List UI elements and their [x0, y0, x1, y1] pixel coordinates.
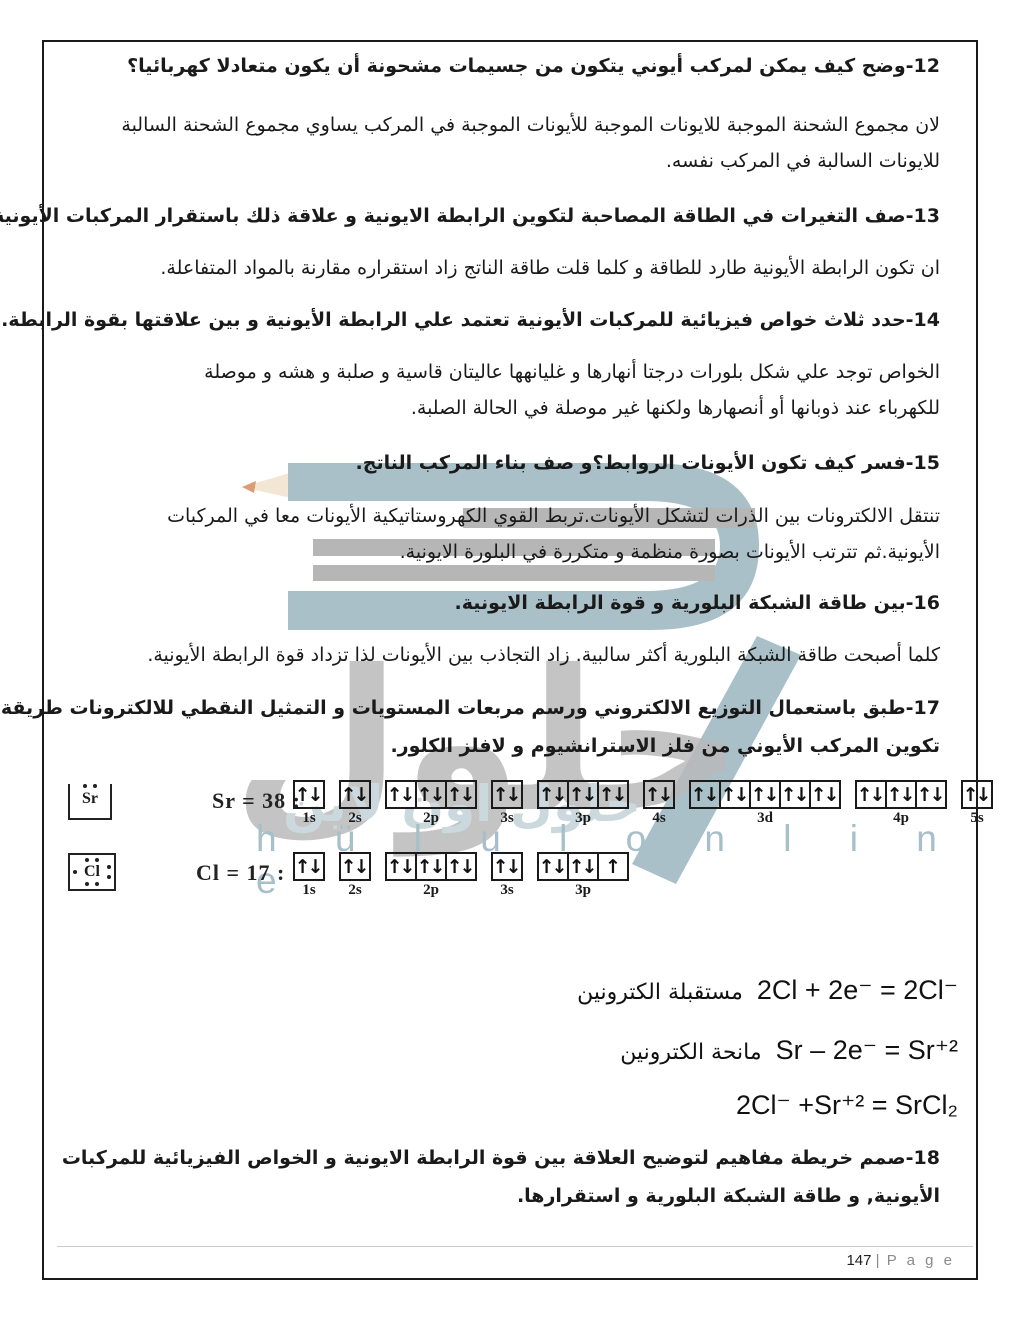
orbital-box: ↑↓: [293, 780, 325, 809]
orbital-group: ↑↓2s: [339, 780, 371, 827]
orbital-box: ↑↓: [567, 852, 599, 881]
orbital-group-label: 1s: [302, 882, 315, 899]
orbital-group-label: 4s: [652, 810, 665, 827]
cl-lewis-symbol: Cl: [84, 863, 100, 880]
orbital-group-label: 2p: [423, 882, 439, 899]
lewis-dot: [107, 875, 111, 879]
question-17-line2: تكوين المركب الأيوني من فلز الاسترانشيوم…: [390, 735, 940, 757]
orbital-box: ↑↓: [537, 852, 569, 881]
orbital-group: ↑↓1s: [293, 852, 325, 899]
orbital-group-label: 3d: [757, 810, 773, 827]
orbital-box: ↑↓: [749, 780, 781, 809]
orbital-group-label: 2s: [348, 882, 361, 899]
sr-orbital-diagram: ↑↓1s↑↓2s↑↓↑↓↑↓2p↑↓3s↑↓↑↓↑↓3p↑↓4s↑↓↑↓↑↓↑↓…: [293, 780, 993, 827]
question-18-line2: الأيونية, و طاقة الشبكة البلورية و استقر…: [517, 1185, 940, 1207]
orbital-box: ↑↓: [339, 852, 371, 881]
orbital-group-label: 2p: [423, 810, 439, 827]
question-18-line1: 18-صمم خريطة مفاهيم لتوضيح العلاقة بين ق…: [62, 1147, 940, 1169]
cl-orbital-diagram: ↑↓1s↑↓2s↑↓↑↓↑↓2p↑↓3s↑↓↑↓↑3p: [293, 852, 629, 899]
answer-15-line2: الأيونية.ثم تترتب الأيونات بصورة منظمة و…: [400, 541, 940, 563]
lewis-dot: [85, 858, 89, 862]
answer-12-line1: لان مجموع الشحنة الموجبة للايونات الموجب…: [121, 114, 940, 136]
lewis-dot: [95, 882, 99, 886]
orbital-box: ↑↓: [385, 780, 417, 809]
orbital-group: ↑↓1s: [293, 780, 325, 827]
orbital-group-label: 3p: [575, 882, 591, 899]
orbital-group-label: 3p: [575, 810, 591, 827]
lewis-dot: [95, 858, 99, 862]
sr-lewis-structure: Sr: [68, 784, 112, 820]
equation-compound: 2Cl⁻ +Sr⁺² = SrCl₂: [722, 1090, 958, 1121]
orbital-box: ↑↓: [885, 780, 917, 809]
answer-15-line1: تنتقل الالكترونات بين الذرات لتشكل الأيو…: [167, 505, 940, 527]
lewis-dot: [107, 865, 111, 869]
orbital-box: ↑↓: [415, 780, 447, 809]
equation-chlorine-label: مستقبلة الكترونين: [577, 980, 743, 1005]
footer-page-word: P a g e: [887, 1252, 955, 1269]
question-16: 16-بين طاقة الشبكة البلورية و قوة الرابط…: [455, 592, 940, 614]
orbital-box: ↑↓: [339, 780, 371, 809]
footer-separator: |: [876, 1252, 883, 1269]
orbital-group-label: 4p: [893, 810, 909, 827]
equation-chlorine-formula: 2Cl + 2e⁻ = 2Cl⁻: [757, 975, 958, 1006]
question-17-line1: 17-طبق باستعمال التوزيع الالكتروني ورسم …: [1, 697, 940, 719]
answer-13: ان تكون الرابطة الأيونية طارد للطاقة و ك…: [160, 257, 940, 279]
question-13: 13-صف التغيرات في الطاقة المصاحبة لتكوين…: [0, 205, 940, 227]
orbital-box: ↑↓: [445, 852, 477, 881]
footer-divider: [57, 1246, 973, 1247]
orbital-group: ↑↓↑↓↑↓↑↓↑↓3d: [689, 780, 841, 827]
lewis-dot: [73, 870, 77, 874]
orbital-group: ↑↓↑↓↑↓4p: [855, 780, 947, 827]
page-number: 147: [846, 1252, 871, 1269]
question-15: 15-فسر كيف تكون الأيونات الروابط؟و صف بن…: [356, 452, 940, 474]
sr-lewis-symbol: Sr: [82, 790, 98, 807]
lewis-dot: [83, 784, 87, 788]
orbital-box: ↑: [597, 852, 629, 881]
orbital-box: ↑↓: [385, 852, 417, 881]
sr-config-label: Sr = 38 :: [212, 788, 301, 814]
orbital-box: ↑↓: [491, 780, 523, 809]
orbital-group: ↑↓3s: [491, 780, 523, 827]
orbital-group: ↑↓2s: [339, 852, 371, 899]
orbital-group: ↑↓↑↓↑↓3p: [537, 780, 629, 827]
orbital-box: ↑↓: [491, 852, 523, 881]
orbital-box: ↑↓: [293, 852, 325, 881]
orbital-group-label: 2s: [348, 810, 361, 827]
question-14: 14-حدد ثلاث خواص فيزيائية للمركبات الأيو…: [1, 309, 940, 331]
orbital-group: ↑↓5s: [961, 780, 993, 827]
orbital-group-label: 5s: [970, 810, 983, 827]
cl-lewis-structure: Cl: [68, 853, 116, 891]
orbital-box: ↑↓: [719, 780, 751, 809]
orbital-box: ↑↓: [567, 780, 599, 809]
lewis-dot: [85, 882, 89, 886]
orbital-box: ↑↓: [689, 780, 721, 809]
orbital-box: ↑↓: [915, 780, 947, 809]
orbital-group: ↑↓4s: [643, 780, 675, 827]
question-12: 12-وضح كيف يمكن لمركب أيوني يتكون من جسي…: [127, 55, 940, 77]
orbital-group: ↑↓↑↓↑3p: [537, 852, 629, 899]
orbital-box: ↑↓: [961, 780, 993, 809]
equation-chlorine: مستقبلة الكترونين 2Cl + 2e⁻ = 2Cl⁻: [577, 975, 958, 1006]
orbital-box: ↑↓: [809, 780, 841, 809]
answer-12-line2: للايونات السالبة في المركب نفسه.: [666, 150, 940, 172]
orbital-box: ↑↓: [597, 780, 629, 809]
answer-16: كلما أصبحت طاقة الشبكة البلورية أكثر سال…: [147, 644, 940, 666]
answer-14-line2: للكهرباء عند ذوبانها أو أنصهارها ولكنها …: [411, 397, 940, 419]
equation-compound-formula: 2Cl⁻ +Sr⁺² = SrCl₂: [736, 1090, 958, 1121]
lewis-dot: [93, 784, 97, 788]
cl-config-label: Cl = 17 :: [196, 860, 285, 886]
orbital-box: ↑↓: [855, 780, 887, 809]
orbital-group-label: 3s: [500, 810, 513, 827]
orbital-group: ↑↓3s: [491, 852, 523, 899]
orbital-group: ↑↓↑↓↑↓2p: [385, 852, 477, 899]
orbital-box: ↑↓: [779, 780, 811, 809]
equation-strontium: مانحة الكترونين Sr – 2e⁻ = Sr⁺²: [620, 1035, 958, 1066]
orbital-group-label: 1s: [302, 810, 315, 827]
orbital-box: ↑↓: [537, 780, 569, 809]
orbital-box: ↑↓: [643, 780, 675, 809]
orbital-box: ↑↓: [415, 852, 447, 881]
page-footer: 147 | P a g e: [846, 1252, 955, 1269]
equation-strontium-formula: Sr – 2e⁻ = Sr⁺²: [776, 1035, 958, 1066]
equation-strontium-label: مانحة الكترونين: [620, 1040, 761, 1065]
orbital-box: ↑↓: [445, 780, 477, 809]
answer-14-line1: الخواص توجد علي شكل بلورات درجتا أنهارها…: [204, 361, 940, 383]
orbital-group: ↑↓↑↓↑↓2p: [385, 780, 477, 827]
orbital-group-label: 3s: [500, 882, 513, 899]
